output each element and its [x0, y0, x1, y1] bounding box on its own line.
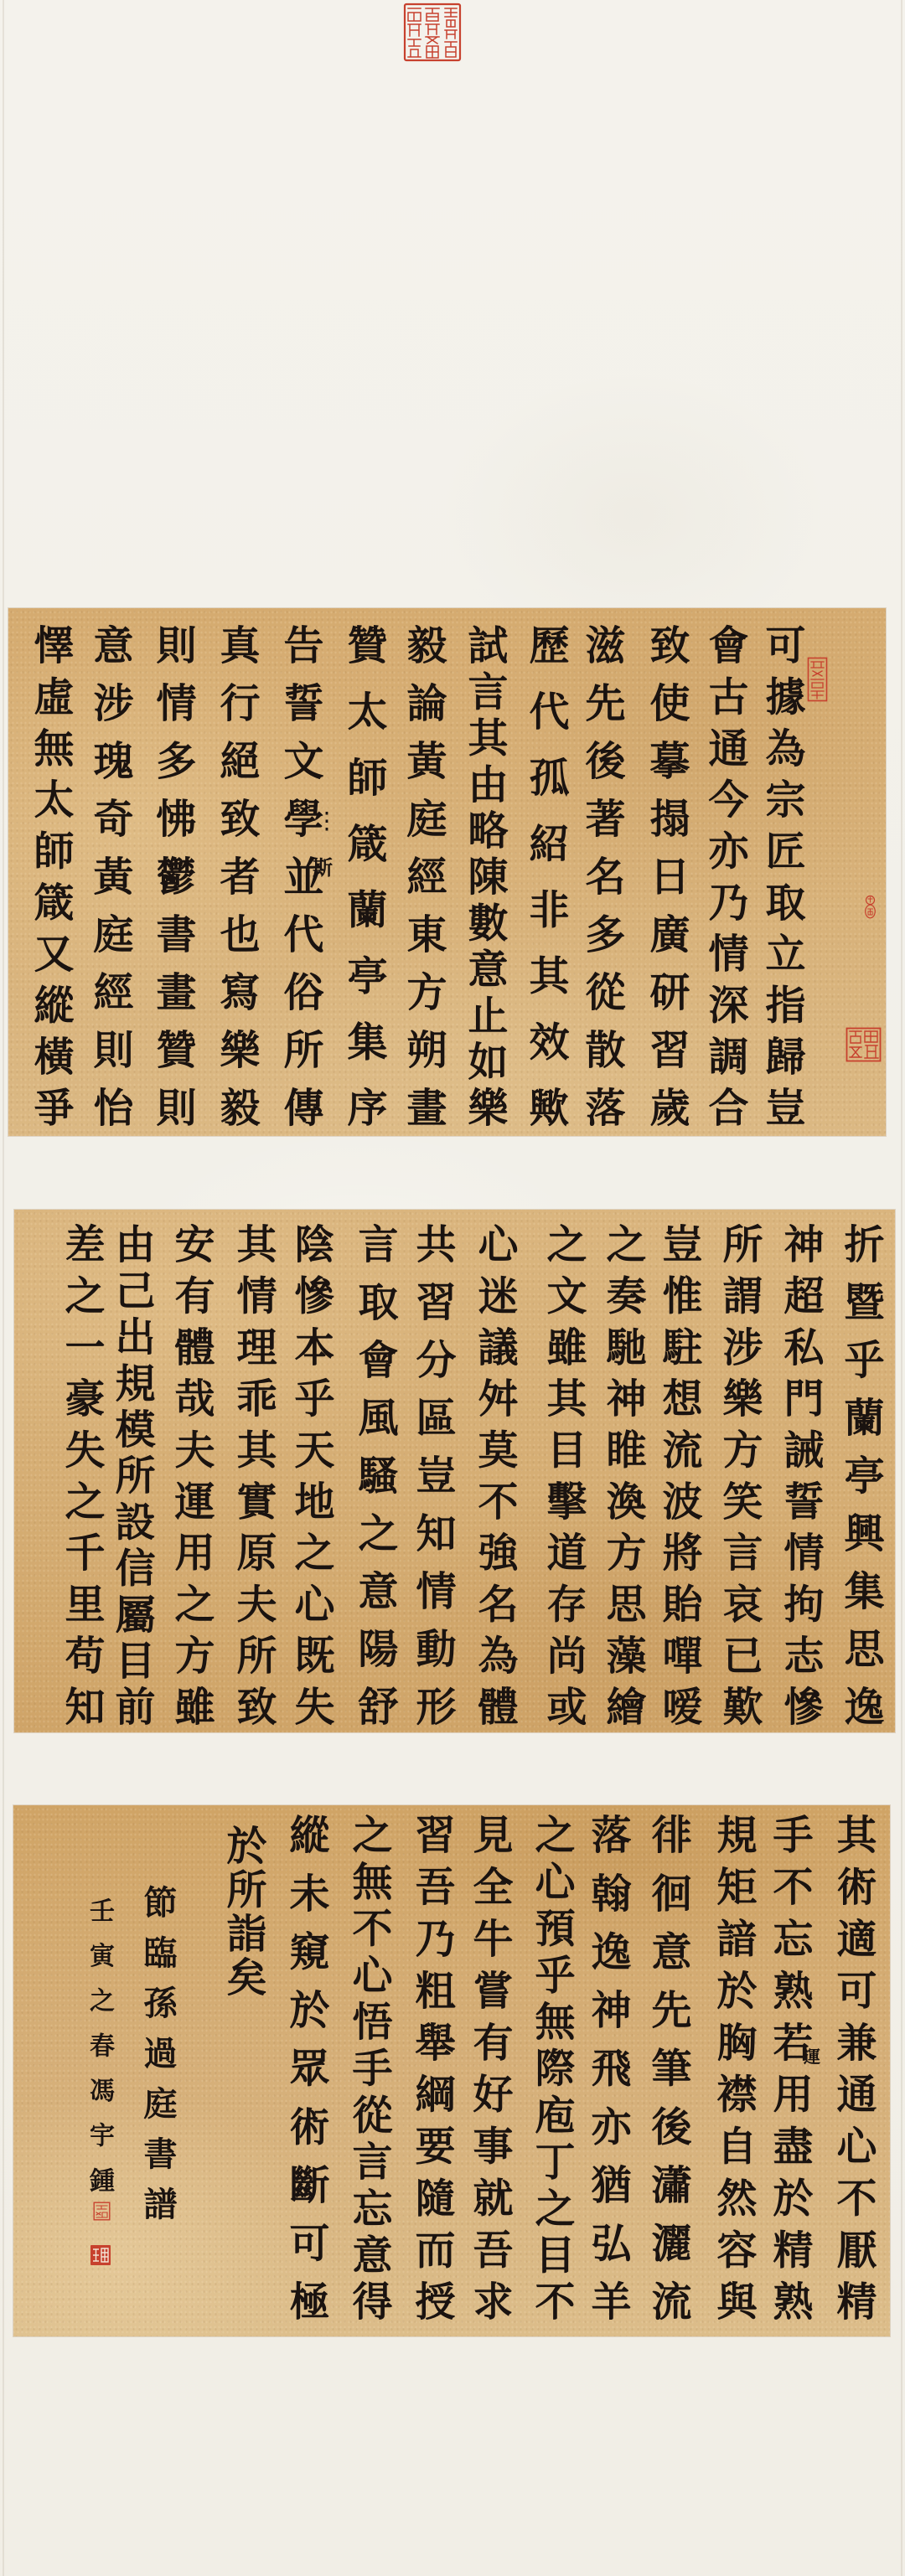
text-column: 差之一豪失之千里苟知 — [58, 1223, 105, 1726]
text-column: 見全牛嘗有好事就吾求 — [466, 1814, 513, 2320]
text-column: 致使摹搨日廣研習歲 — [643, 624, 690, 1127]
text-column: 手不忘熟若用盡於精熟 — [766, 1814, 813, 2320]
text-column: 安有體哉夫運用之方雖 — [168, 1223, 215, 1726]
mount-edge-left — [3, 0, 4, 2576]
text-column: 毅論黃庭經東方朔畫 — [400, 624, 447, 1127]
seal-stamp-rectangle — [807, 657, 828, 702]
hanging-scroll: 可據為宗匠取立指歸豈 會古通今亦乃情深調合 致使摹搨日廣研習歲 滋先後著名多從散… — [0, 0, 905, 2576]
correction-character: 斯 — [313, 858, 333, 878]
text-column: 所謂涉樂方笑言哀已歎 — [716, 1223, 763, 1726]
text-column: 贊太師箴蘭亭集序 — [340, 624, 387, 1127]
text-column: 歷代孤紹非其效歟 — [522, 624, 569, 1127]
text-column: 陰慘本乎天地之心既失 — [287, 1223, 334, 1726]
text-column: 意涉瑰奇黃庭經則怡 — [86, 624, 133, 1127]
text-column: 習吾乃粗舉綱要隨而授 — [408, 1814, 455, 2320]
text-column: 徘徊意先筆後瀟灑流 — [644, 1814, 691, 2320]
text-column: 之無不心悟手從言忘意得 — [345, 1814, 392, 2320]
calligraphy-panel-3: 其術適可兼通心不厭精 手不忘熟若用盡於精熟 規矩諳於胸襟自然容與 徘徊意先筆後瀟… — [13, 1805, 890, 2336]
seal-stamp-top — [403, 3, 462, 62]
text-column: 之文雖其目擊道存尚或 — [540, 1223, 587, 1726]
text-column: 滋先後著名多從散落 — [578, 624, 625, 1127]
text-column: 則情多怫鬱書畫贊則 — [149, 624, 196, 1127]
seal-stamp-artist-style — [90, 2245, 111, 2265]
text-column: 落翰逸神飛亦猶弘羊 — [584, 1814, 631, 2320]
text-column: 之奏馳神睢渙方思藻繪 — [599, 1223, 646, 1726]
inscription-signature: 壬寅之春馮宇鍾 — [82, 1897, 116, 2192]
text-column: 其術適可兼通心不厭精 — [830, 1814, 877, 2320]
seal-stamp-square — [846, 1027, 882, 1062]
seal-stamp-artist-name — [93, 2202, 111, 2221]
text-column: 心迷議舛莫不強名為體 — [471, 1223, 518, 1726]
text-column: 由己出規模所設信屬目前 — [108, 1223, 155, 1726]
text-column: 會古通今亦乃情深調合 — [701, 624, 748, 1127]
text-column: 於所詣矣 — [220, 1825, 266, 1996]
text-column: 共習分區豈知情動形 — [409, 1223, 456, 1726]
mount-edge-right — [901, 0, 902, 2576]
text-column: 言取會風騷之意陽舒 — [351, 1223, 398, 1726]
text-column: 其情理乖其實原夫所致 — [230, 1223, 277, 1726]
text-column: 規矩諳於胸襟自然容與 — [710, 1814, 757, 2320]
text-column: 可據為宗匠取立指歸豈 — [758, 624, 805, 1127]
text-column: 豈惟駐想流波將貽嘽嗳 — [655, 1223, 702, 1726]
seal-stamp-gourd — [865, 895, 876, 919]
text-column: 之心預乎無際庖丁之目不 — [528, 1814, 575, 2320]
deletion-mark: ⋮ — [315, 809, 339, 833]
calligraphy-panel-2: 折暨乎蘭亭興集思逸 神超私門誡誓情拘志慘 所謂涉樂方笑言哀已歎 豈惟駐想流波將貽… — [14, 1210, 895, 1732]
text-column: 折暨乎蘭亭興集思逸 — [837, 1223, 884, 1726]
text-column: 縱未窺於眾術斷可極 — [282, 1814, 329, 2320]
calligraphy-panel-1: 可據為宗匠取立指歸豈 會古通今亦乃情深調合 致使摹搨日廣研習歲 滋先後著名多從散… — [8, 608, 886, 1136]
text-column: 真行絕致者也寫樂毅 — [213, 624, 260, 1127]
inserted-character: 運 — [804, 2048, 820, 2065]
inscription-title: 節臨孫過庭書譜 — [137, 1885, 178, 2220]
text-column: 試言其由略陳數意止如樂 — [461, 624, 508, 1127]
text-column: 神超私門誡誓情拘志慘 — [777, 1223, 824, 1726]
text-column: 懌虛無太師箴又縱橫爭 — [27, 624, 74, 1127]
